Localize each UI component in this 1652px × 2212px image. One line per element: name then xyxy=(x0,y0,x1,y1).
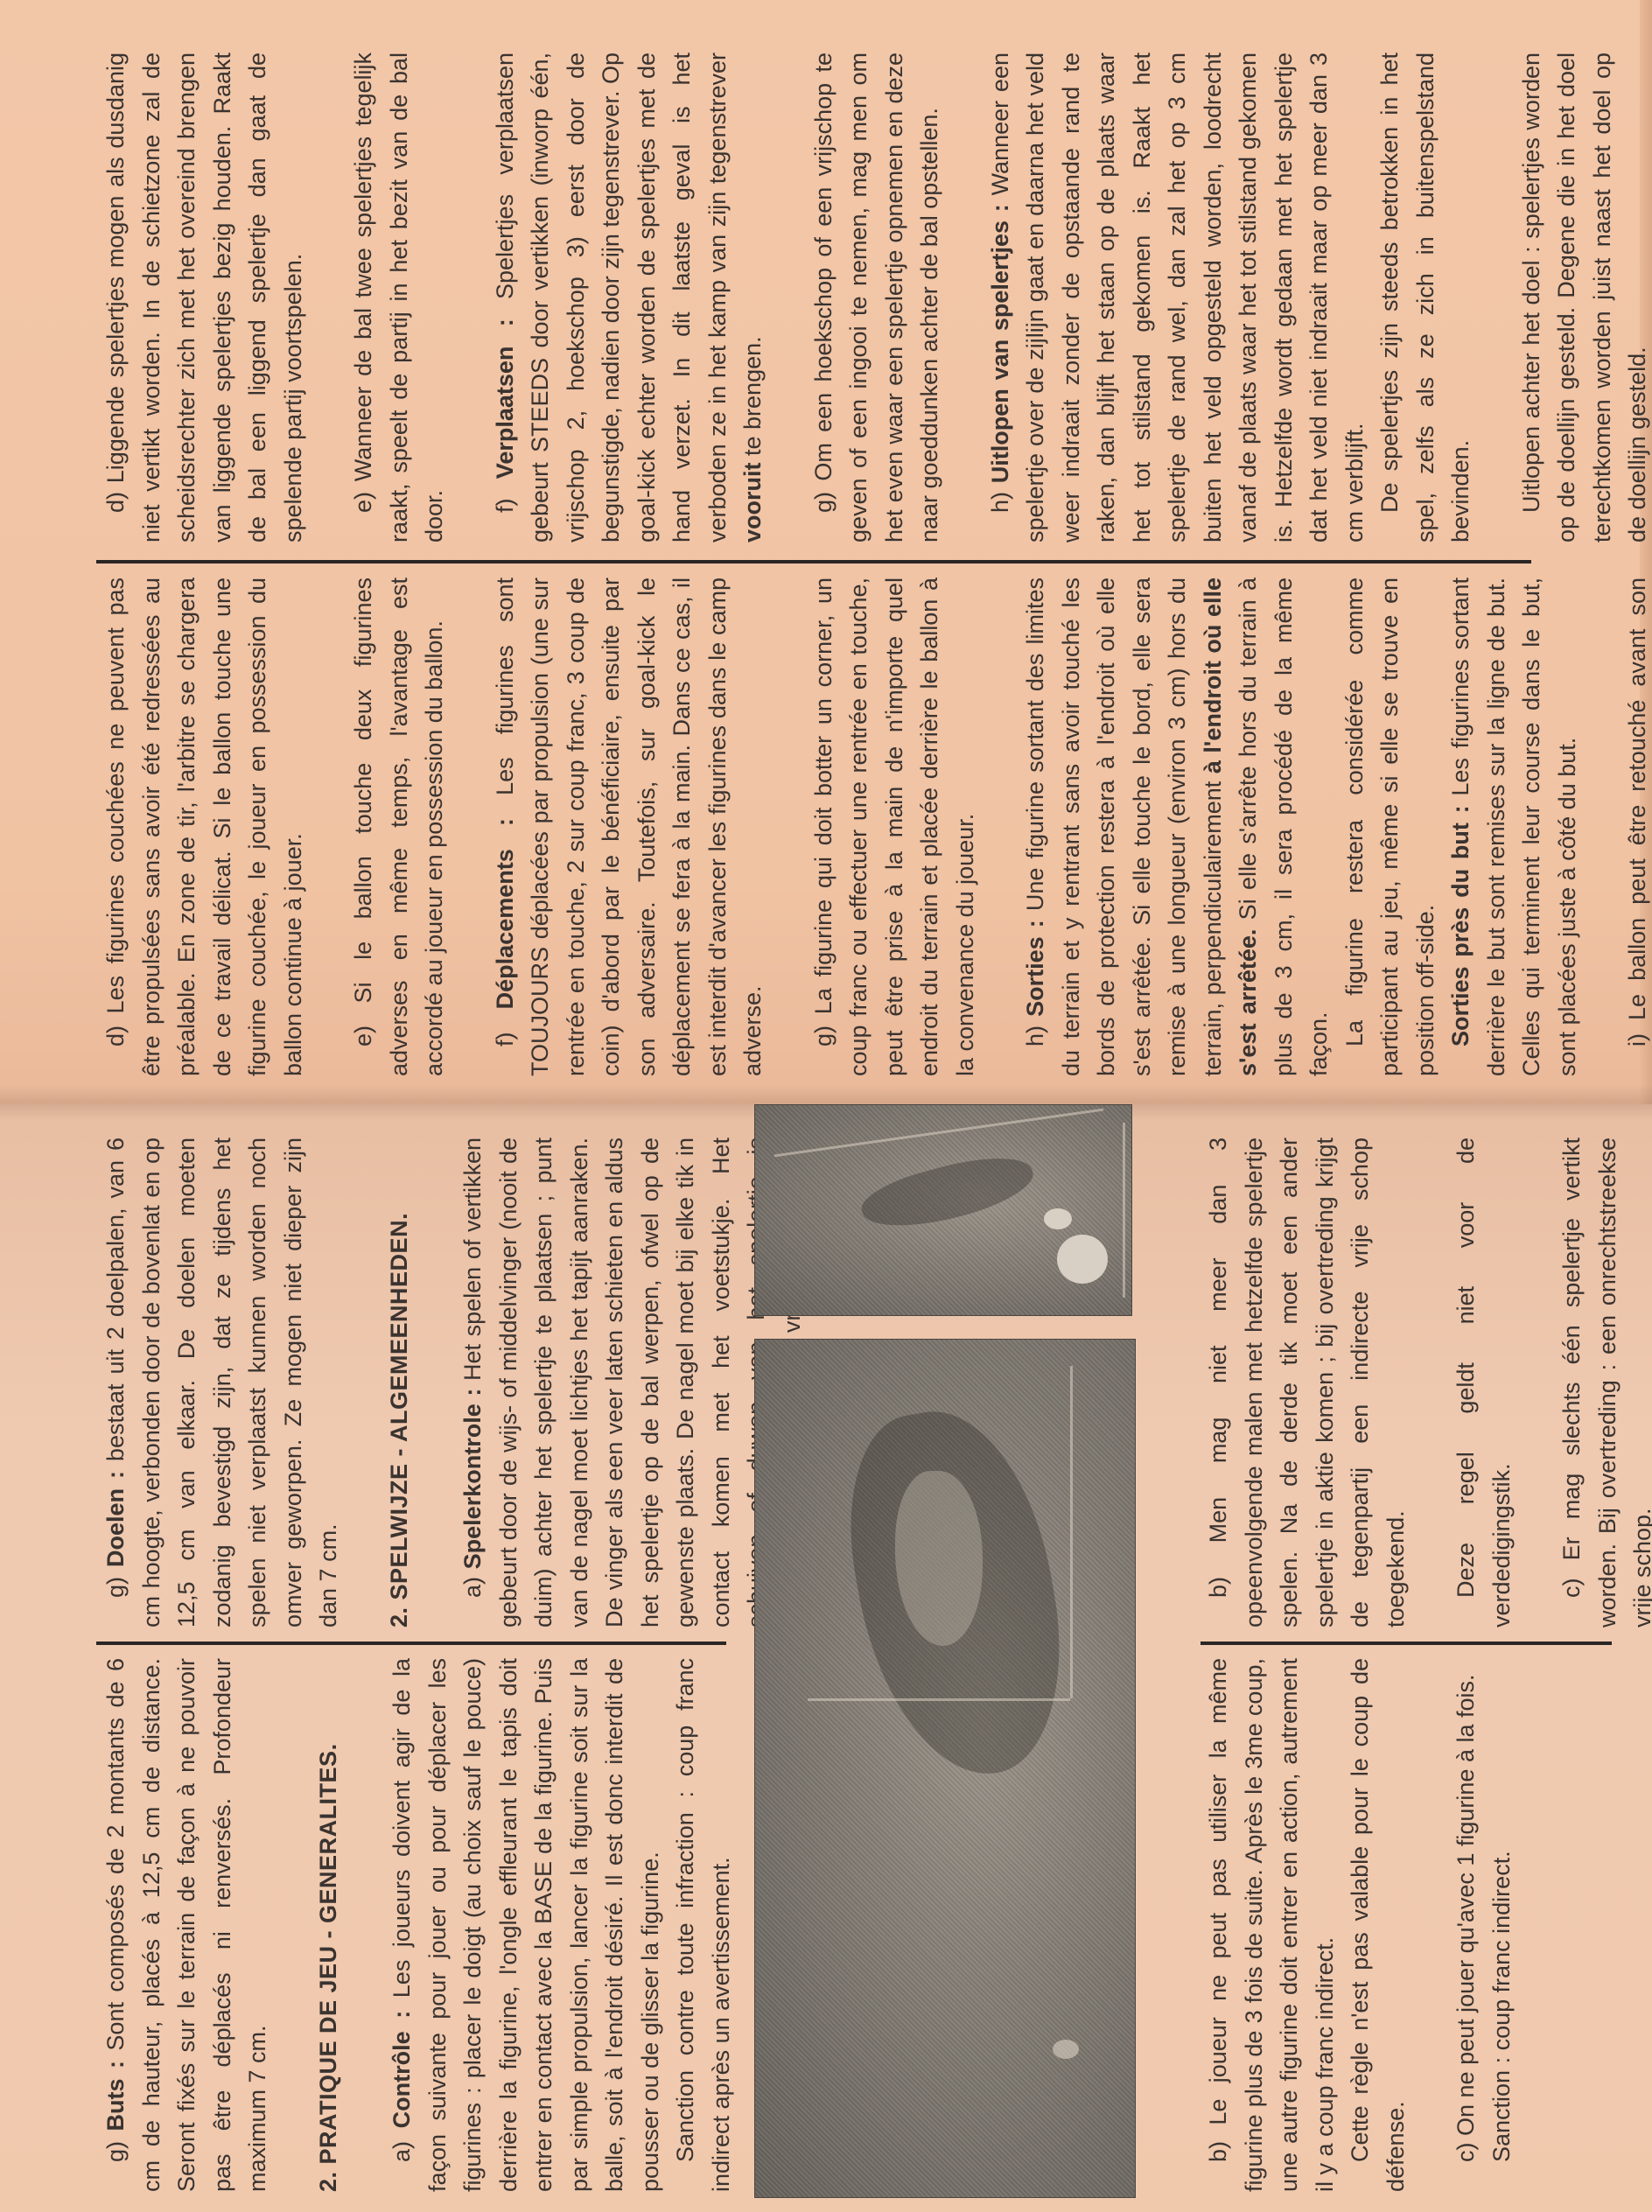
rule-f-fr: f) Déplacements : Les figurines sont TOU… xyxy=(487,577,771,1076)
left-page-french-bottom: b) Le joueur ne peut pas utiliser la mêm… xyxy=(1200,1658,1585,2192)
rule-h-nl: h) Uitlopen van spelertjes : Wanneer een… xyxy=(983,52,1373,542)
rule-b-fr-note: Cette règle n'est pas valable pour le co… xyxy=(1342,1658,1413,2192)
rule-b-nl: b) Men mag niet meer dan 3 opeenvolgende… xyxy=(1200,1137,1413,1627)
rule-g-nl: g) Om een hoekschop of een vrijschop te … xyxy=(806,52,948,542)
rule-uitlopen-doel-nl: Uitlopen achter het doel : spelertjes wo… xyxy=(1514,52,1652,542)
rule-d-nl: d) Liggende spelertjes mogen als dusdani… xyxy=(98,52,311,542)
rule-c-fr: c) On ne peut jouer qu'avec 1 figurine à… xyxy=(1448,1658,1484,2192)
right-page-french-column: d) Les figurines couchées ne peuvent pas… xyxy=(98,577,1533,1076)
photo-hand-flicking-figurine xyxy=(754,1339,1136,2198)
rule-g-fr: g) La figurine qui doit botter un corner… xyxy=(806,577,983,1076)
rule-a-fr-sanction: Sanction contre toute infraction : coup … xyxy=(668,1658,738,2192)
rule-e-fr: e) Si le ballon touche deux figurines ad… xyxy=(346,577,452,1076)
rule-g-doelen-nl: g) Doelen : bestaat uit 2 doelpalen, van… xyxy=(98,1137,346,1627)
left-page-dutch-bottom: b) Men mag niet meer dan 3 opeenvolgende… xyxy=(1200,1137,1585,1627)
rule-f-nl: f) Verplaatsen : Spelertjes verplaatsen … xyxy=(487,52,771,542)
column-divider xyxy=(96,560,1531,563)
rule-g-buts-fr: g) Buts : Sont composés de 2 montants de… xyxy=(98,1658,276,2192)
section-heading-fr: 2. PRATIQUE DE JEU - GENERALITES. xyxy=(311,1658,346,2192)
photo-figurine-and-ball xyxy=(754,1104,1132,1316)
rule-b-nl-note: Deze regel geldt niet voor de verdedigin… xyxy=(1448,1137,1519,1627)
left-page-dutch-top: g) Doelen : bestaat uit 2 doelpalen, van… xyxy=(98,1137,728,1627)
right-page-dutch-column: d) Liggende spelertjes mogen als dusdani… xyxy=(98,52,1533,542)
rule-c-nl: c) Er mag slechts één spelertje vertikt … xyxy=(1554,1137,1652,1627)
rule-d-fr: d) Les figurines couchées ne peuvent pas… xyxy=(98,577,311,1076)
section-heading-nl: 2. SPELWIJZE - ALGEMEENHEDEN. xyxy=(381,1137,417,1627)
rule-h-fr: h) Sorties : Une figurine sortant des li… xyxy=(1018,577,1337,1076)
rule-sorties-but-fr: Sorties près du but : Les figurines sort… xyxy=(1443,577,1585,1076)
rule-h-nl-cont: De spelertjes zijn steeds betrokken in h… xyxy=(1372,52,1479,542)
rule-b-fr: b) Le joueur ne peut pas utiliser la mêm… xyxy=(1200,1658,1342,2192)
rule-a-fr: a) Contrôle : Les joueurs doivent agir d… xyxy=(384,1658,668,2192)
rule-i-fr: i) Le ballon peut être retouché avant so… xyxy=(1620,577,1652,1076)
rule-c-fr-sanction: Sanction : coup franc indirect. xyxy=(1484,1658,1520,2192)
left-page-french-top: g) Buts : Sont composés de 2 montants de… xyxy=(98,1658,728,2192)
column-divider-left-top xyxy=(96,1641,726,1645)
rule-e-nl: e) Wanneer de bal twee spelertjes tegeli… xyxy=(346,52,452,542)
column-divider-left-bottom xyxy=(1200,1641,1612,1645)
rule-h-fr-cont: La figurine restera considérée comme par… xyxy=(1337,577,1444,1076)
